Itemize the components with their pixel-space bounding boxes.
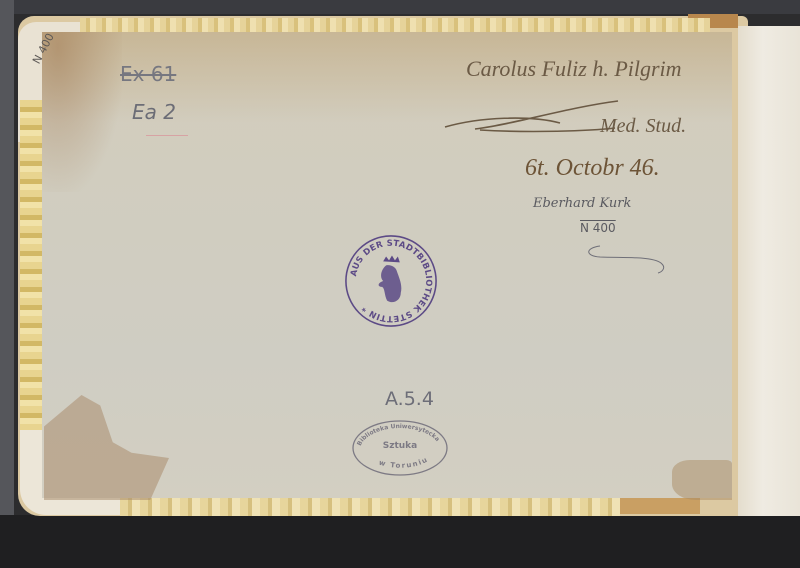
price-note: N 400 — [580, 221, 616, 235]
svg-text:w Toruniu: w Toruniu — [378, 455, 430, 469]
shelfmark-old: Ex 61 — [120, 62, 176, 86]
scan-backdrop-left — [0, 0, 14, 568]
scan-backdrop-top — [0, 0, 800, 14]
owner-date-inscription: 6t. Octobr 46. — [525, 155, 660, 182]
stain-bottom-right — [672, 460, 732, 500]
owner-name-inscription: Carolus Fuliz h. Pilgrim — [466, 56, 682, 82]
accession-number: A.5.4 — [385, 388, 434, 410]
gilt-edge-left — [20, 100, 42, 430]
stain-top-left — [42, 32, 122, 192]
flourish-icon — [440, 95, 620, 135]
scan-backdrop-bottom — [0, 515, 800, 568]
purchaser-note: Eberhard Kurk — [533, 196, 631, 211]
gilt-edge-bottom — [120, 498, 620, 516]
shelfmark-new: Ea 2 — [132, 100, 176, 124]
oval-bottom-text: w Toruniu — [378, 455, 430, 469]
torun-library-stamp: Biblioteka Uniwersytecka w Toruniu Sztuk… — [350, 418, 450, 478]
red-underline — [146, 135, 188, 136]
owner-role-inscription: Med. Stud. — [600, 115, 686, 138]
pencil-flourish-icon — [580, 240, 670, 275]
crowned-griffin-icon — [379, 256, 402, 303]
oval-center-text: Sztuka — [350, 441, 450, 451]
flyleaf-edge — [738, 26, 800, 516]
stettin-library-stamp: AUS DER STADTBIBLIOTHEK STETTIN * — [342, 232, 440, 330]
